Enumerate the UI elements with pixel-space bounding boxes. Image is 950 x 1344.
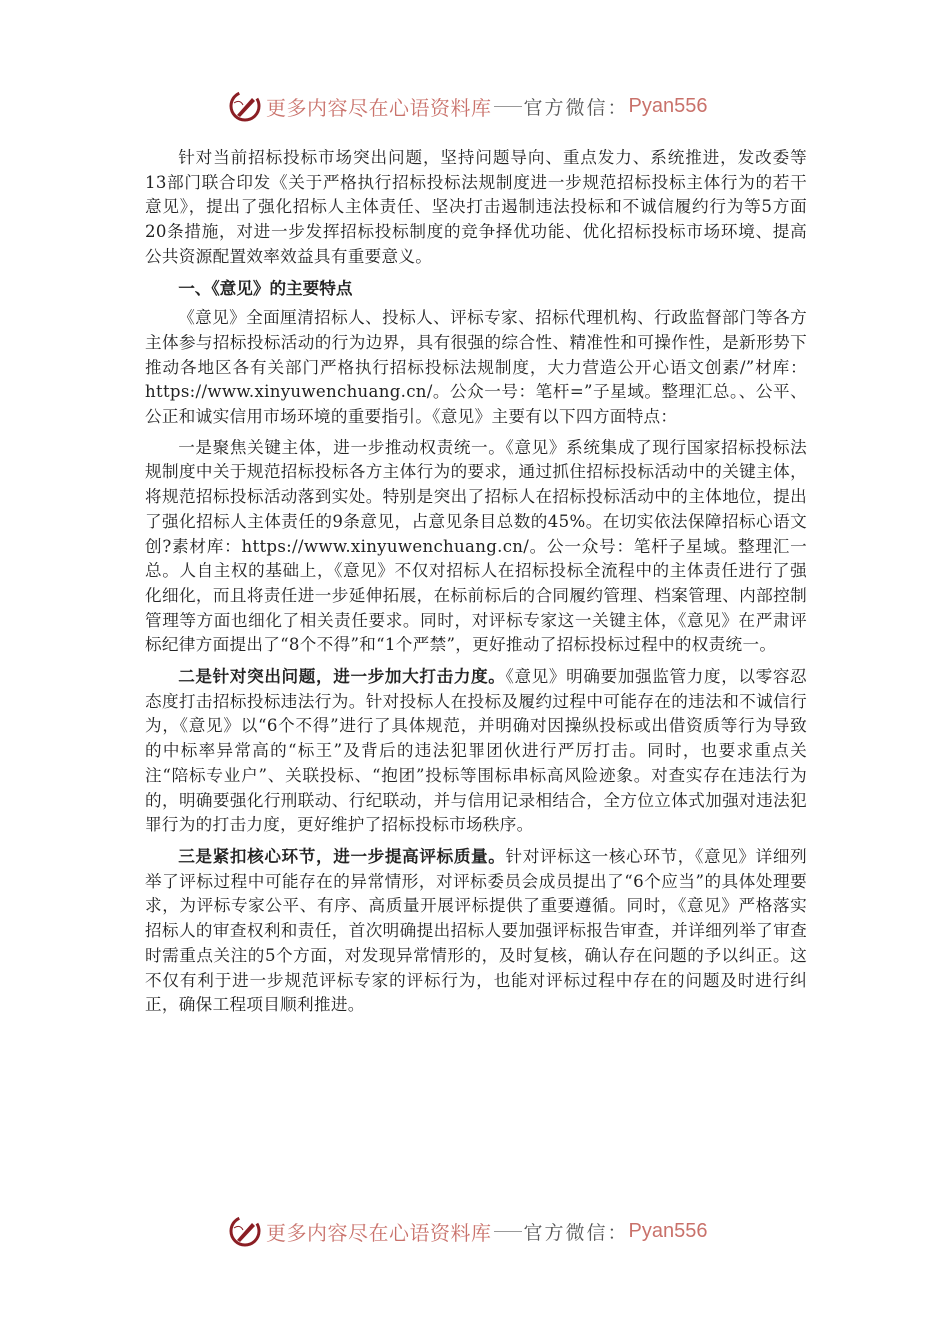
divider-dash xyxy=(494,106,522,107)
section-paragraph: 《意见》全面厘清招标人、投标人、评标专家、招标代理机构、行政监督部门等各方主体参… xyxy=(145,306,807,430)
wechat-id: Pyan556 xyxy=(629,95,708,118)
point-three-body: 针对评标这一核心环节，《意见》详细列举了评标过程中可能存在的异常情形，对评标委员… xyxy=(145,847,807,1014)
point-two-paragraph: 二是针对突出问题，进一步加大打击力度。《意见》明确要加强监管力度，以零容忍态度打… xyxy=(145,664,807,838)
quill-pen-icon xyxy=(228,89,262,123)
wechat-label: 官方微信： xyxy=(524,93,629,120)
intro-paragraph: 针对当前招标投标市场突出问题，坚持问题导向、重点发力、系统推进，发改委等13部门… xyxy=(145,146,807,270)
wechat-label: 官方微信： xyxy=(524,1218,629,1245)
quill-pen-icon xyxy=(228,1214,262,1248)
section-heading: 一、《意见》的主要特点 xyxy=(145,276,807,301)
wechat-id: Pyan556 xyxy=(629,1220,708,1243)
point-three-lead: 三是紧扣核心环节，进一步提高评标质量。 xyxy=(178,846,505,866)
point-one-paragraph: 一是聚焦关键主体，进一步推动权责统一。《意见》系统集成了现行国家招标投标法规制度… xyxy=(145,436,807,658)
point-three-paragraph: 三是紧扣核心环节，进一步提高评标质量。针对评标这一核心环节，《意见》详细列举了评… xyxy=(145,844,807,1018)
header-banner: 更多内容尽在心语资料库 官方微信： Pyan556 xyxy=(228,86,728,126)
document-body: 针对当前招标投标市场突出问题，坚持问题导向、重点发力、系统推进，发改委等13部门… xyxy=(145,146,807,1018)
point-two-lead: 二是针对突出问题，进一步加大打击力度。 xyxy=(178,666,505,686)
point-two-body: 《意见》明确要加强监管力度，以零容忍态度打击招标投标违法行为。针对投标人在投标及… xyxy=(145,667,807,834)
footer-banner: 更多内容尽在心语资料库 官方微信： Pyan556 xyxy=(228,1211,728,1251)
brand-text: 更多内容尽在心语资料库 xyxy=(266,92,492,121)
brand-text: 更多内容尽在心语资料库 xyxy=(266,1217,492,1246)
divider-dash xyxy=(494,1231,522,1232)
